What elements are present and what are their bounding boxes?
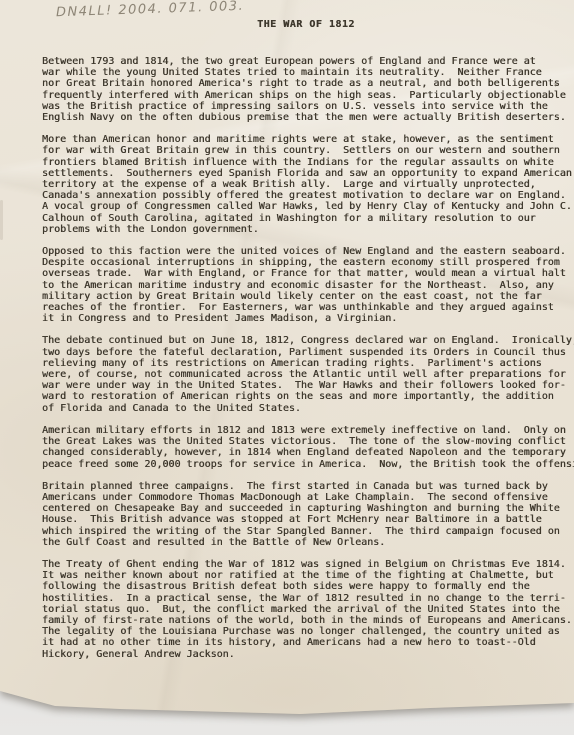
typewritten-page: DN4LL! 2004. 071. 003. THE WAR OF 1812 B… bbox=[0, 0, 574, 720]
page-content: THE WAR OF 1812 Between 1793 and 1814, t… bbox=[42, 19, 570, 671]
paragraph-intro-neutrality: Between 1793 and 1814, the two great Eur… bbox=[42, 56, 570, 123]
paper-shadow: DN4LL! 2004. 071. 003. THE WAR OF 1812 B… bbox=[0, 0, 574, 735]
paragraph-declaration-of-war: The debate continued but on June 18, 181… bbox=[42, 335, 570, 413]
paragraph-treaty-of-ghent: The Treaty of Ghent ending the War of 18… bbox=[42, 559, 570, 660]
paragraph-military-efforts: American military efforts in 1812 and 18… bbox=[42, 425, 570, 470]
margin-asterisk-mark: * bbox=[553, 82, 558, 92]
paragraph-british-campaigns: Britain planned three campaigns. The fir… bbox=[42, 481, 570, 548]
paper-edge-smudge bbox=[0, 200, 3, 240]
paragraph-new-england-opposition: Opposed to this faction were the united … bbox=[42, 246, 570, 324]
document-photo: DN4LL! 2004. 071. 003. THE WAR OF 1812 B… bbox=[0, 0, 574, 735]
page-title: THE WAR OF 1812 bbox=[42, 19, 570, 30]
paragraph-war-sentiment: More than American honor and maritime ri… bbox=[42, 134, 570, 235]
accession-number-annotation: DN4LL! 2004. 071. 003. bbox=[56, 0, 245, 20]
